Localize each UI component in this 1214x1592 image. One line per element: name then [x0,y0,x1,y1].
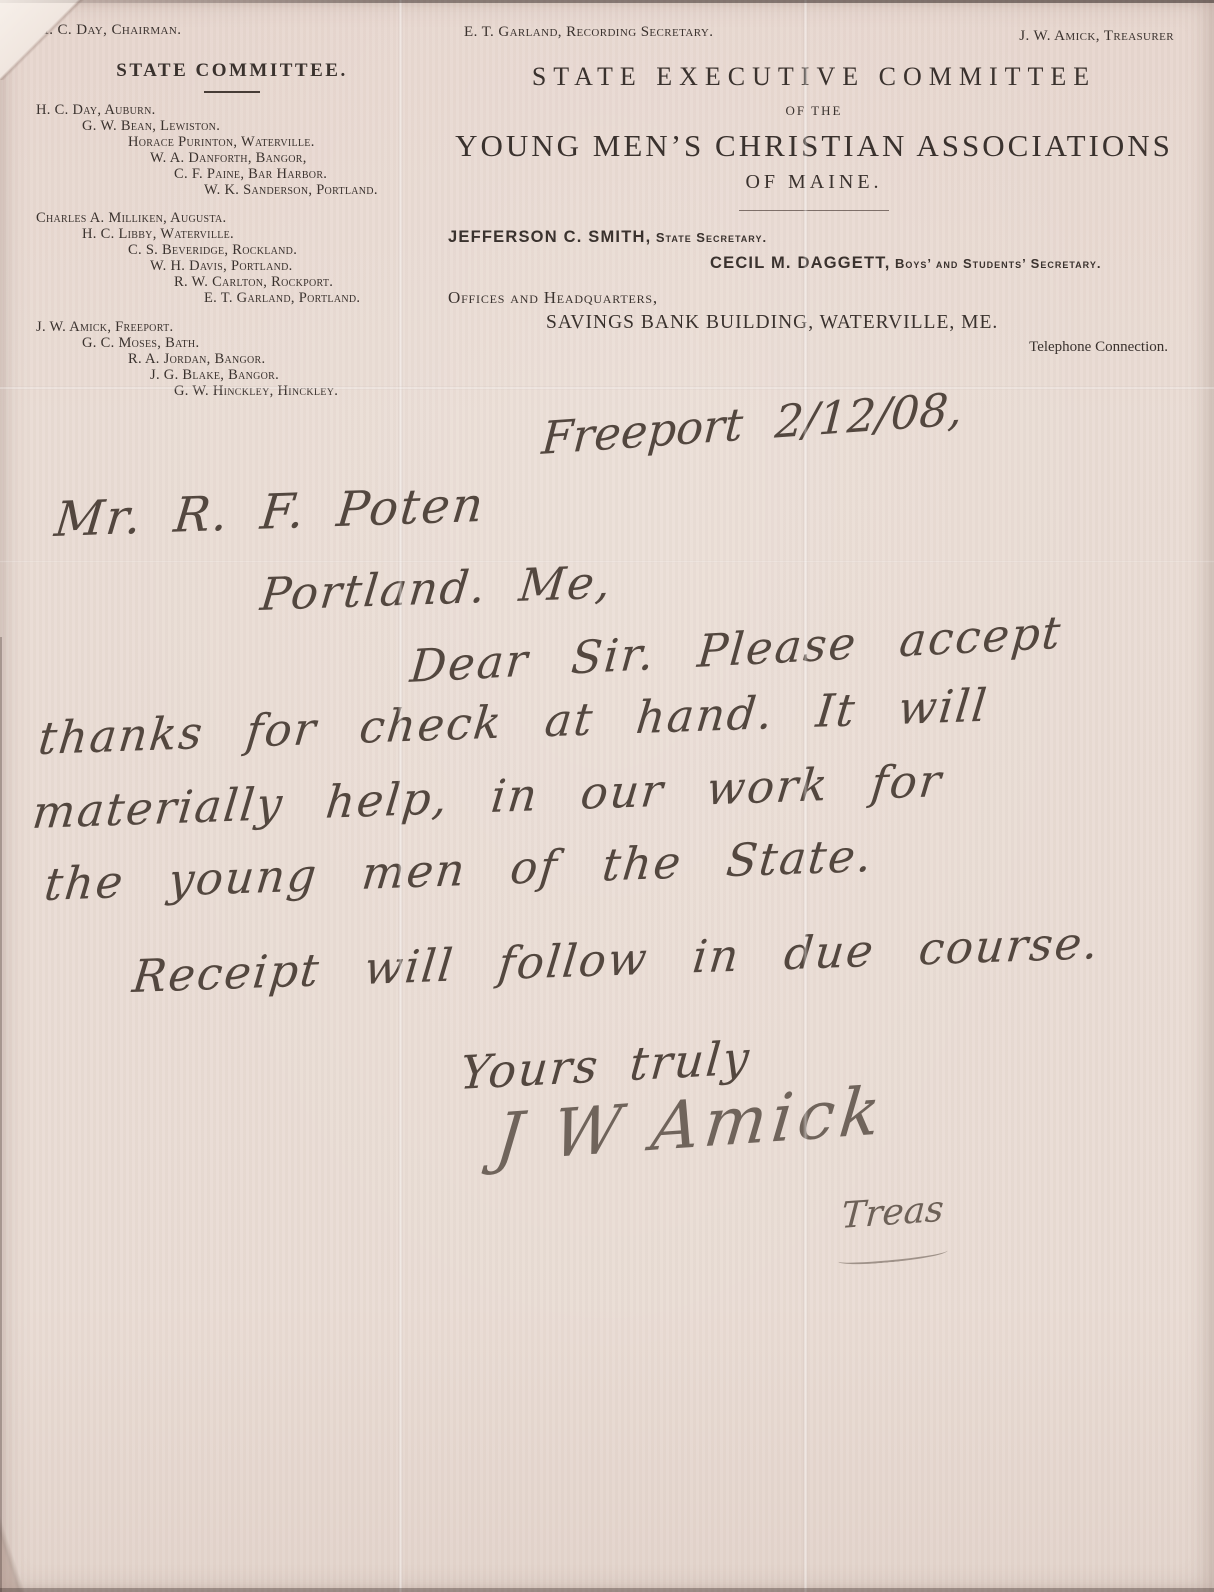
masthead-rule [739,210,889,211]
handwritten-recipient-city: Portland. Me, [258,555,615,621]
offices-address: SAVINGS BANK BUILDING, WATERVILLE, ME. [448,312,1180,334]
boys-secretary-name: CECIL M. DAGGETT, [710,254,891,272]
handwritten-body-line: thanks for check at hand. It will [36,679,991,765]
scan-edge-top [0,0,1214,3]
telephone-connection-note: Telephone Connection. [448,339,1180,356]
org-line-state-executive-committee: STATE EXECUTIVE COMMITTEE [448,62,1180,92]
offices-headquarters-label: Offices and Headquarters, [448,288,1180,308]
state-secretary-line: JEFFERSON C. SMITH, State Secretary. [448,228,1180,247]
committee-member: G. W. Hinckley, Hinckley. [36,384,536,400]
state-secretary-title: State Secretary. [656,230,767,245]
handwritten-signature-title: Treas [840,1189,945,1237]
title-rule [204,91,260,93]
state-secretary-name: JEFFERSON C. SMITH, [448,228,651,246]
org-line-of-maine: OF MAINE. [448,171,1180,194]
handwritten-dateline: Freeport 2/12/08, [540,382,964,465]
committee-member: J. G. Blake, Bangor. [36,368,536,384]
scanned-letter-page: H. C. Day, Chairman. E. T. Garland, Reco… [0,0,1214,1592]
handwritten-body-line: Receipt will follow in due course. [130,916,1103,1003]
handwritten-recipient-name: Mr. R. F. Poten [52,477,488,548]
org-line-of-the: OF THE [448,103,1180,119]
bottom-left-corner-fold [0,1500,30,1592]
signature-flourish [838,1245,949,1267]
masthead-block: STATE EXECUTIVE COMMITTEE OF THE YOUNG M… [448,62,1180,356]
boys-secretary-title: Boys’ and Students’ Secretary. [895,256,1101,271]
boys-secretary-line: CECIL M. DAGGETT, Boys’ and Students’ Se… [448,254,1180,273]
officer-treasurer: J. W. Amick, Treasurer [1019,28,1174,45]
scan-edge-bottom [0,1588,1214,1592]
org-line-ymca: YOUNG MEN’S CHRISTIAN ASSOCIATIONS [448,128,1180,164]
officer-recording-secretary: E. T. Garland, Recording Secretary. [464,24,713,41]
handwritten-body-line: the young men of the State. [42,829,876,911]
officer-chairman: H. C. Day, Chairman. [38,22,181,39]
scan-edge-left [0,637,2,1592]
handwritten-body-line: materially help, in our work for [30,754,945,839]
state-committee-title: STATE COMMITTEE. [36,60,428,82]
